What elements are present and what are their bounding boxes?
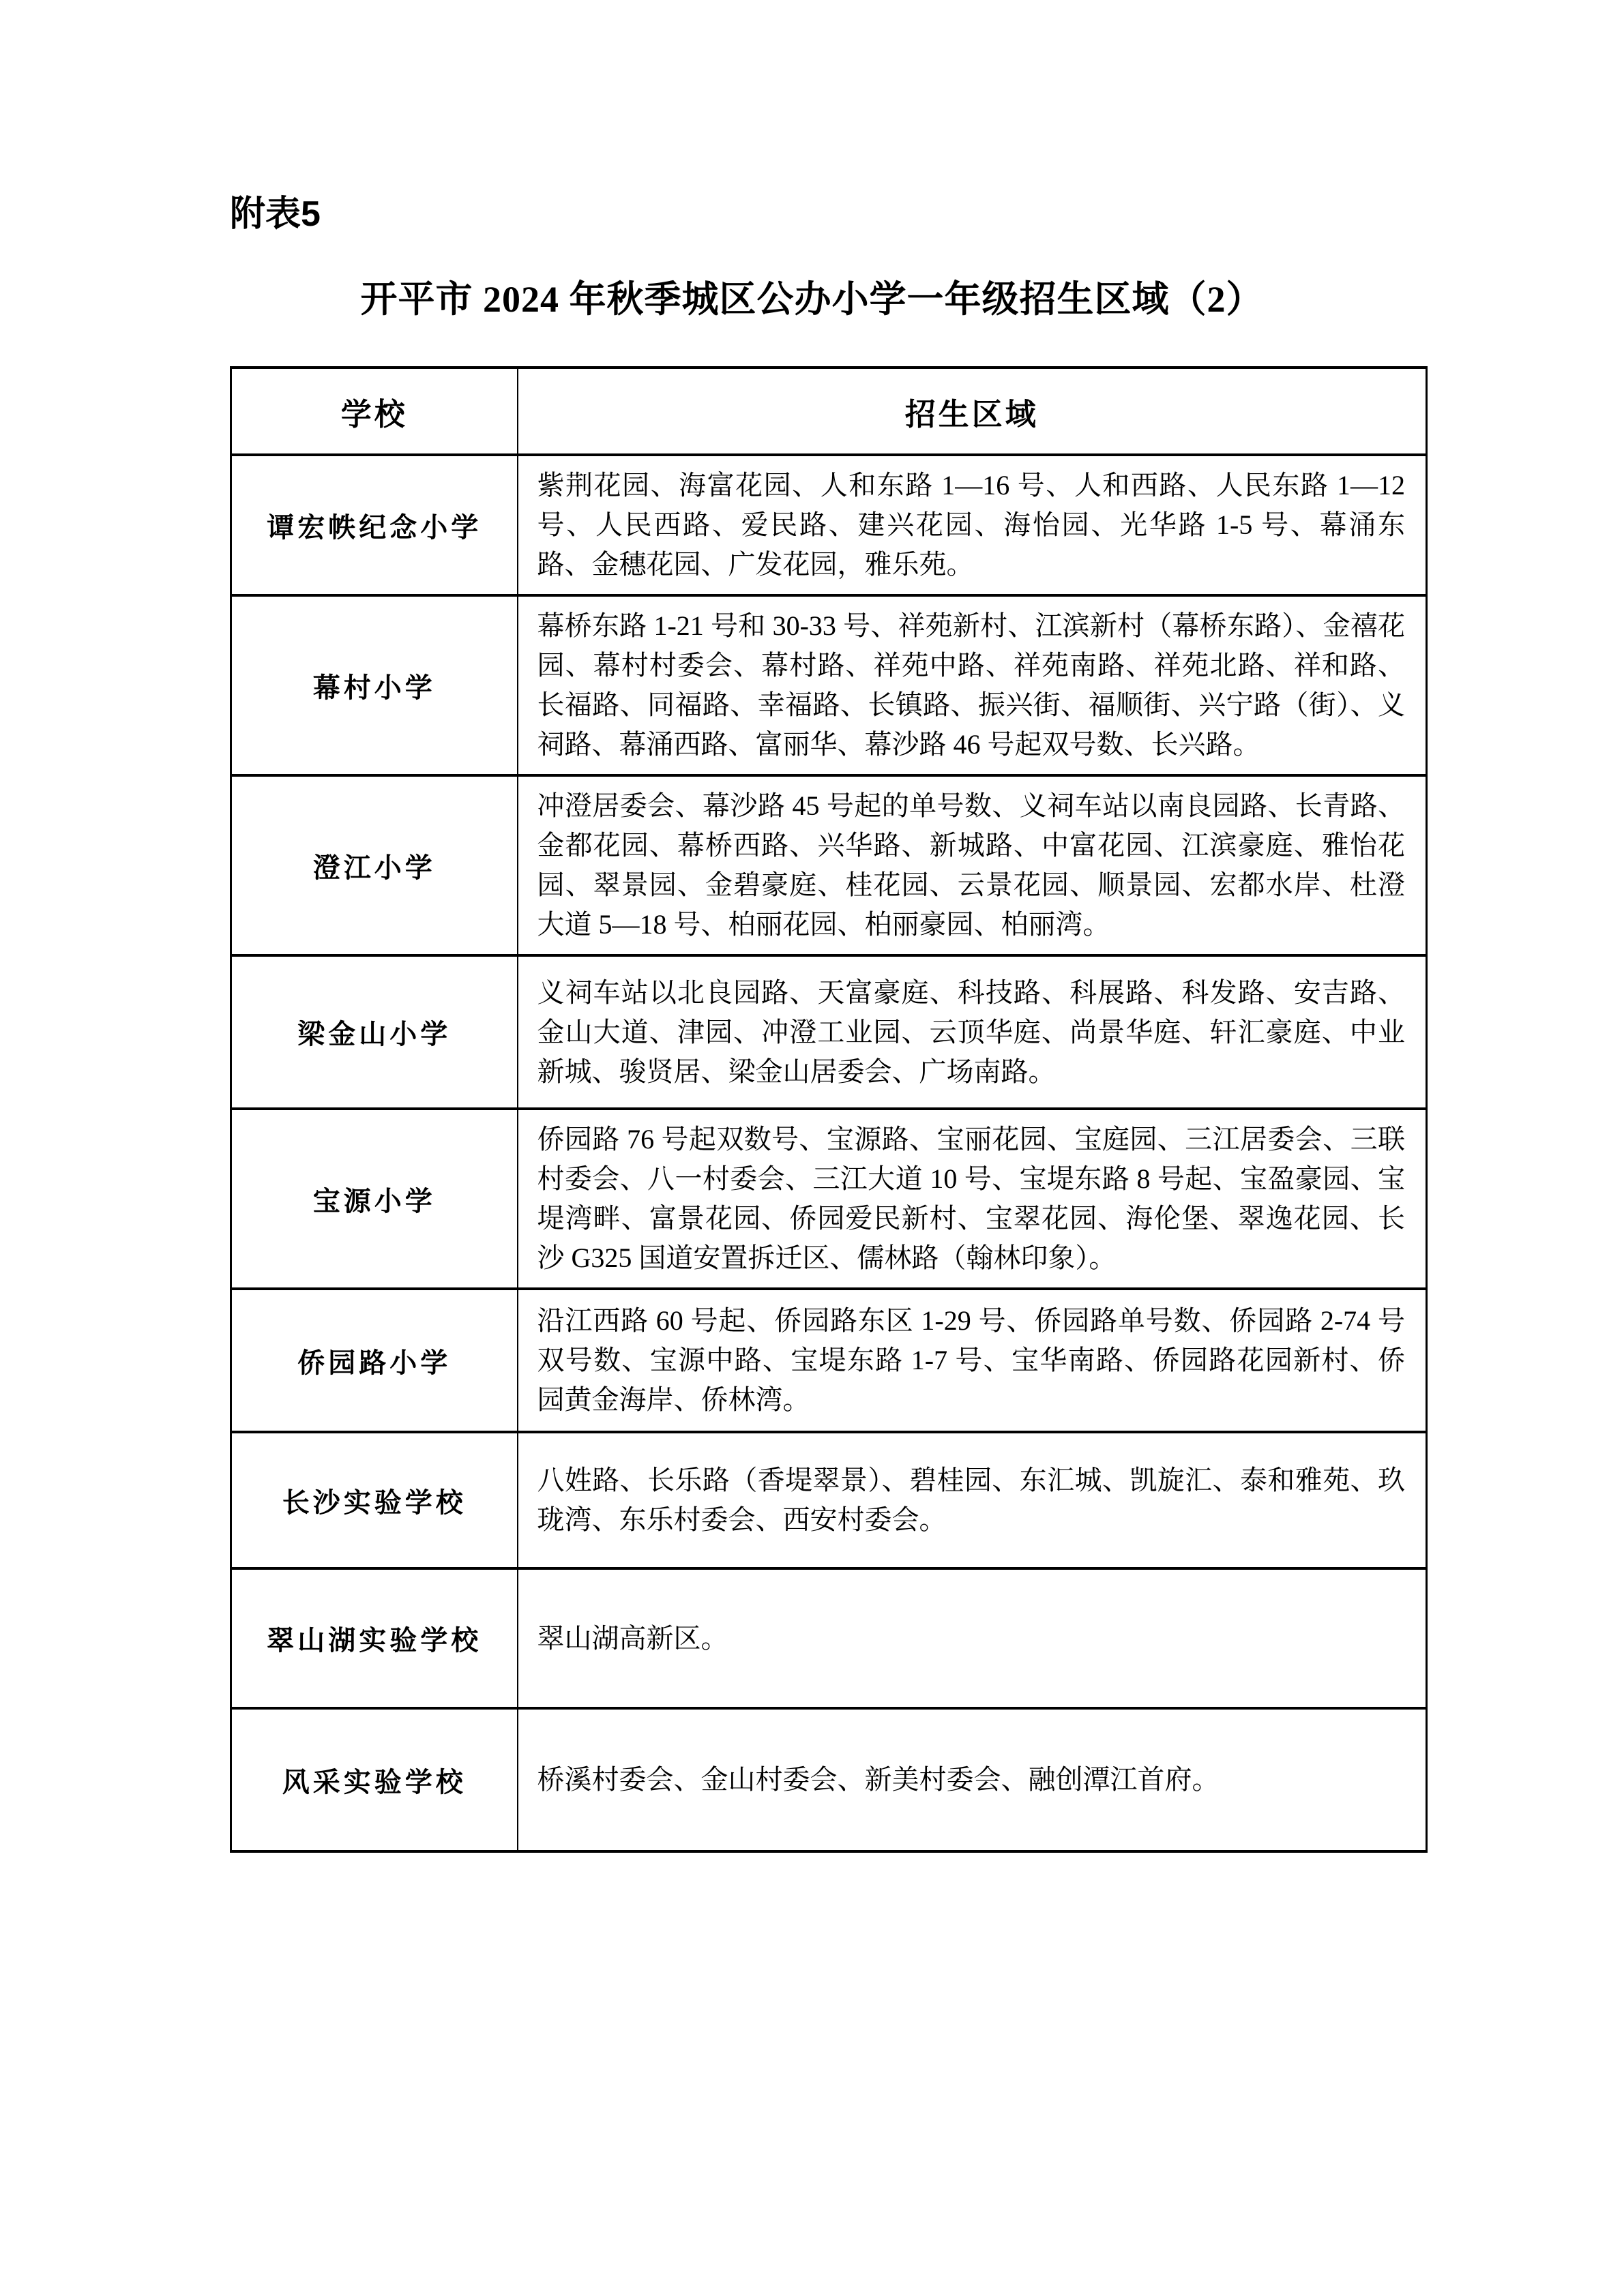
district-cell: 义祠车站以北良园路、天富豪庭、科技路、科展路、科发路、安吉路、金山大道、津园、冲… xyxy=(518,955,1427,1109)
column-header-district: 招生区域 xyxy=(518,368,1427,455)
appendix-label: 附表5 xyxy=(230,196,321,232)
table-row: 侨园路小学 沿江西路 60 号起、侨园路东区 1-29 号、侨园路单号数、侨园路… xyxy=(231,1289,1427,1432)
table-row: 风采实验学校 桥溪村委会、金山村委会、新美村委会、融创潭江首府。 xyxy=(231,1708,1427,1851)
district-cell: 紫荆花园、海富花园、人和东路 1—16 号、人和西路、人民东路 1—12 号、人… xyxy=(518,455,1427,595)
table-row: 幕村小学 幕桥东路 1-21 号和 30-33 号、祥苑新村、江滨新村（幕桥东路… xyxy=(231,595,1427,775)
school-name-cell: 侨园路小学 xyxy=(231,1289,518,1432)
page-title: 开平市 2024 年秋季城区公办小学一年级招生区域（2） xyxy=(0,281,1624,318)
district-cell: 沿江西路 60 号起、侨园路东区 1-29 号、侨园路单号数、侨园路 2-74 … xyxy=(518,1289,1427,1432)
school-name-cell: 澄江小学 xyxy=(231,775,518,955)
school-name-cell: 风采实验学校 xyxy=(231,1708,518,1851)
district-cell: 冲澄居委会、幕沙路 45 号起的单号数、义祠车站以南良园路、长青路、金都花园、幕… xyxy=(518,775,1427,955)
school-name-cell: 宝源小学 xyxy=(231,1109,518,1289)
school-name-cell: 翠山湖实验学校 xyxy=(231,1568,518,1708)
table-row: 梁金山小学 义祠车站以北良园路、天富豪庭、科技路、科展路、科发路、安吉路、金山大… xyxy=(231,955,1427,1109)
school-name-cell: 梁金山小学 xyxy=(231,955,518,1109)
school-name-cell: 幕村小学 xyxy=(231,595,518,775)
district-cell: 侨园路 76 号起双数号、宝源路、宝丽花园、宝庭园、三江居委会、三联村委会、八一… xyxy=(518,1109,1427,1289)
school-name-cell: 谭宏帙纪念小学 xyxy=(231,455,518,595)
table-row: 谭宏帙纪念小学 紫荆花园、海富花园、人和东路 1—16 号、人和西路、人民东路 … xyxy=(231,455,1427,595)
document-page: 附表5 开平市 2024 年秋季城区公办小学一年级招生区域（2） 学校 招生区域… xyxy=(0,0,1624,2296)
enrollment-table: 学校 招生区域 谭宏帙纪念小学 紫荆花园、海富花园、人和东路 1—16 号、人和… xyxy=(230,366,1428,1853)
column-header-school: 学校 xyxy=(231,368,518,455)
table-row: 澄江小学 冲澄居委会、幕沙路 45 号起的单号数、义祠车站以南良园路、长青路、金… xyxy=(231,775,1427,955)
table-header-row: 学校 招生区域 xyxy=(231,368,1427,455)
district-cell: 翠山湖高新区。 xyxy=(518,1568,1427,1708)
table-row: 长沙实验学校 八姓路、长乐路（香堤翠景）、碧桂园、东汇城、凯旋汇、泰和雅苑、玖珑… xyxy=(231,1432,1427,1568)
district-cell: 幕桥东路 1-21 号和 30-33 号、祥苑新村、江滨新村（幕桥东路）、金禧花… xyxy=(518,595,1427,775)
table-row: 翠山湖实验学校 翠山湖高新区。 xyxy=(231,1568,1427,1708)
school-name-cell: 长沙实验学校 xyxy=(231,1432,518,1568)
table-row: 宝源小学 侨园路 76 号起双数号、宝源路、宝丽花园、宝庭园、三江居委会、三联村… xyxy=(231,1109,1427,1289)
district-cell: 八姓路、长乐路（香堤翠景）、碧桂园、东汇城、凯旋汇、泰和雅苑、玖珑湾、东乐村委会… xyxy=(518,1432,1427,1568)
district-cell: 桥溪村委会、金山村委会、新美村委会、融创潭江首府。 xyxy=(518,1708,1427,1851)
